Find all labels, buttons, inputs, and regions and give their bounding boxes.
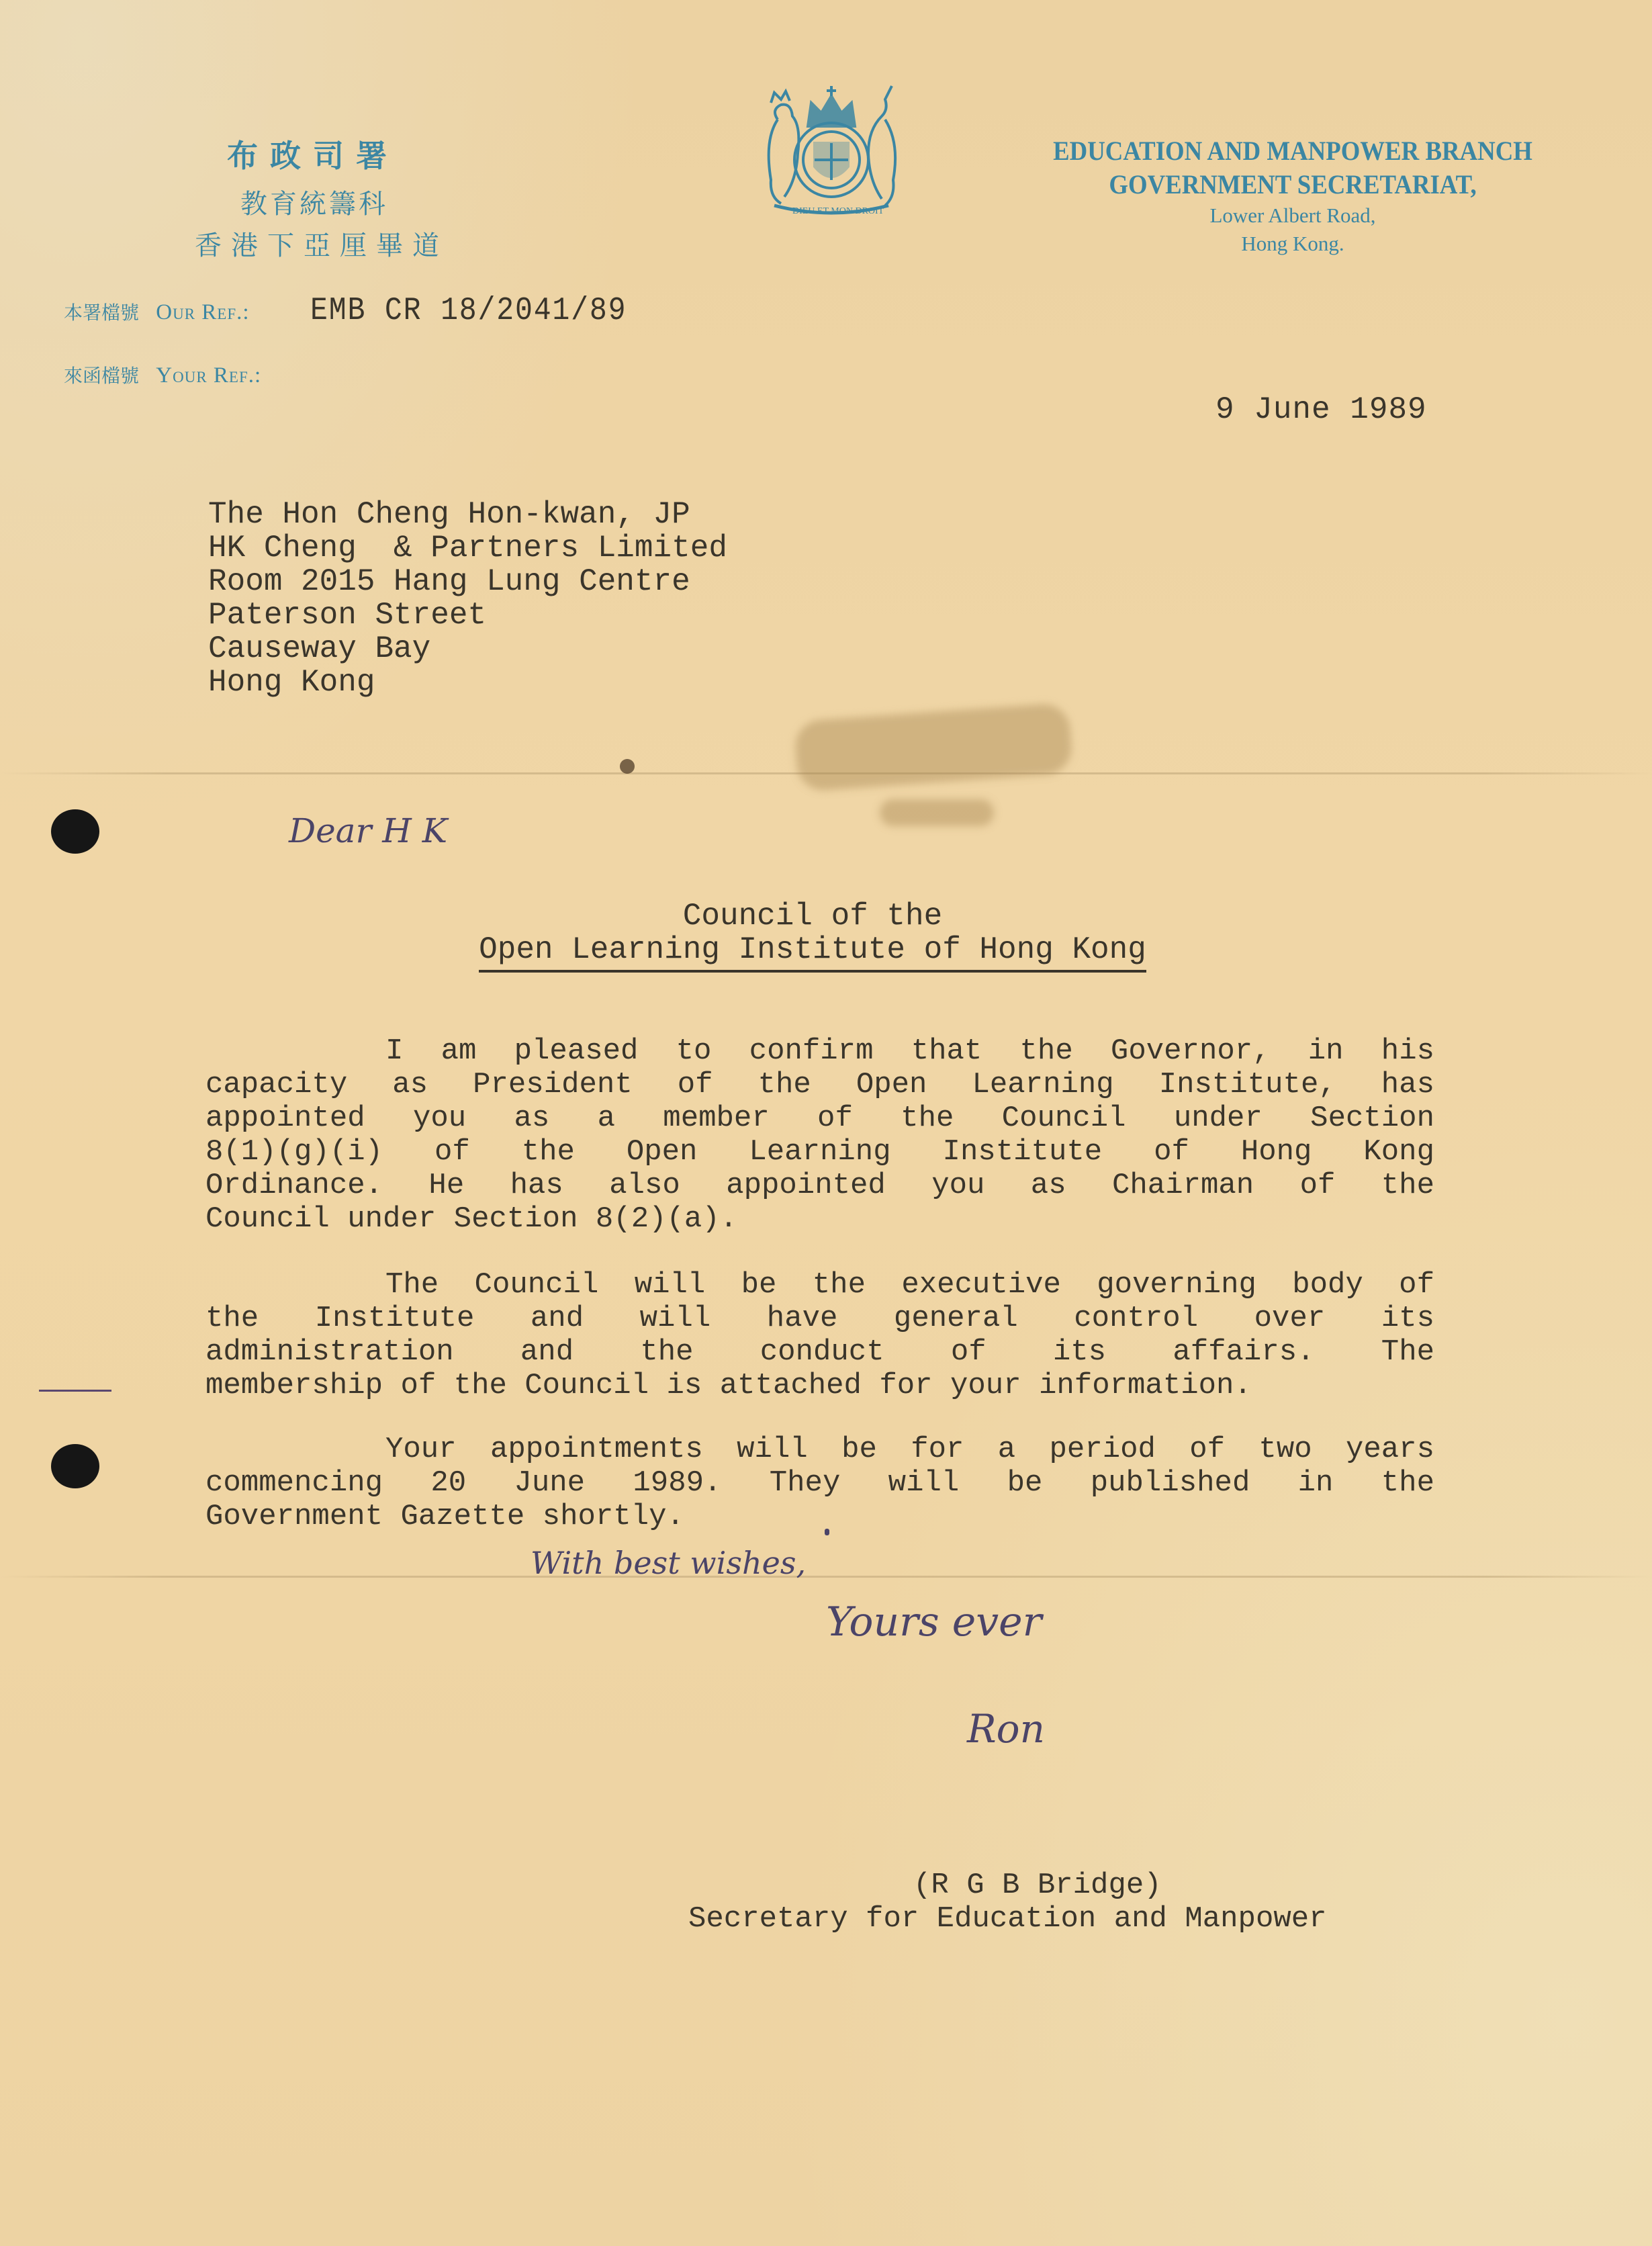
paragraph-line: Council under Section 8(2)(a). (205, 1202, 1434, 1236)
paragraph-line: Government Gazette shortly. (205, 1500, 1434, 1533)
letterhead-city: Hong Kong. (994, 230, 1592, 258)
handwritten-yours-ever: Yours ever (826, 1599, 1042, 1646)
water-stain (880, 799, 994, 826)
body-paragraph-3: Your appointments will be for a period o… (205, 1433, 1434, 1533)
recipient-line: Room 2015 Hang Lung Centre (208, 565, 727, 598)
water-stain (794, 703, 1073, 792)
subject-line-2: Open Learning Institute of Hong Kong (201, 932, 1424, 967)
paragraph-line: administration and the conduct of its af… (205, 1335, 1434, 1369)
handwritten-signature: Ron (967, 1706, 1045, 1752)
your-ref-chinese-label: 來函檔號 (64, 365, 139, 387)
our-ref-label-row: 本署檔號 Our Ref.: (64, 298, 250, 325)
body-paragraph-1: I am pleased to confirm that the Governo… (205, 1034, 1434, 1236)
subject-underlined-title: Open Learning Institute of Hong Kong (479, 932, 1146, 973)
paragraph-line: appointed you as a member of the Council… (205, 1102, 1434, 1135)
handwritten-salutation: Dear H K (289, 811, 447, 850)
signatory-title: Secretary for Education and Manpower (688, 1902, 1327, 1936)
recipient-line: Causeway Bay (208, 632, 727, 666)
recipient-line: The Hon Cheng Hon-kwan, JP (208, 498, 727, 531)
letterhead-branch: EDUCATION AND MANPOWER BRANCH (1018, 134, 1568, 168)
recipient-line: Paterson Street (208, 598, 727, 632)
subject-line-1: Council of the (201, 899, 1424, 934)
ink-spot (620, 759, 635, 774)
recipient-line: HK Cheng & Partners Limited (208, 531, 727, 565)
paragraph-line: Your appointments will be for a period o… (205, 1433, 1434, 1466)
paragraph-line: membership of the Council is attached fo… (205, 1369, 1434, 1402)
letterhead-address: Lower Albert Road, Hong Kong. (994, 201, 1592, 258)
paragraph-line: Ordinance. He has also appointed you as … (205, 1169, 1434, 1202)
paper-fold-crease (0, 1576, 1652, 1578)
letterhead-street: Lower Albert Road, (994, 201, 1592, 230)
our-ref-value: EMB CR 18/2041/89 (310, 293, 627, 329)
recipient-line: Hong Kong (208, 666, 727, 699)
letterhead-chinese-branch: 教育統籌科 (240, 183, 388, 221)
paragraph-line: the Institute and will have general cont… (205, 1302, 1434, 1335)
letterhead-english-header: EDUCATION AND MANPOWER BRANCH GOVERNMENT… (1018, 134, 1568, 201)
margin-pen-mark (39, 1390, 111, 1392)
royal-coat-of-arms-icon: DIEU ET MON DROIT (751, 79, 912, 218)
letterhead-secretariat: GOVERNMENT SECRETARIAT, (1018, 168, 1568, 201)
ink-dot (825, 1529, 829, 1535)
paragraph-line: The Council will be the executive govern… (205, 1268, 1434, 1302)
paragraph-line: 8(1)(g)(i) of the Open Learning Institut… (205, 1135, 1434, 1169)
letterhead-chinese-address: 香港下亞厘畢道 (195, 224, 449, 263)
your-ref-label: Your Ref.: (156, 363, 261, 388)
recipient-address: The Hon Cheng Hon-kwan, JP HK Cheng & Pa… (208, 498, 727, 699)
signatory-name: (R G B Bridge) (913, 1869, 1162, 1902)
paragraph-line: I am pleased to confirm that the Governo… (205, 1034, 1434, 1068)
paragraph-line: commencing 20 June 1989. They will be pu… (205, 1466, 1434, 1500)
our-ref-chinese-label: 本署檔號 (64, 302, 139, 324)
svg-text:DIEU ET MON DROIT: DIEU ET MON DROIT (792, 206, 884, 216)
your-ref-label-row: 來函檔號 Your Ref.: (64, 361, 261, 388)
handwritten-closing: With best wishes, (531, 1545, 806, 1581)
paragraph-line: capacity as President of the Open Learni… (205, 1068, 1434, 1102)
body-paragraph-2: The Council will be the executive govern… (205, 1268, 1434, 1402)
our-ref-label: Our Ref.: (156, 300, 249, 324)
punch-hole (51, 809, 99, 854)
punch-hole (51, 1444, 99, 1488)
letter-date: 9 June 1989 (1215, 392, 1427, 427)
letterhead-chinese-office: 布政司署 (227, 132, 399, 176)
